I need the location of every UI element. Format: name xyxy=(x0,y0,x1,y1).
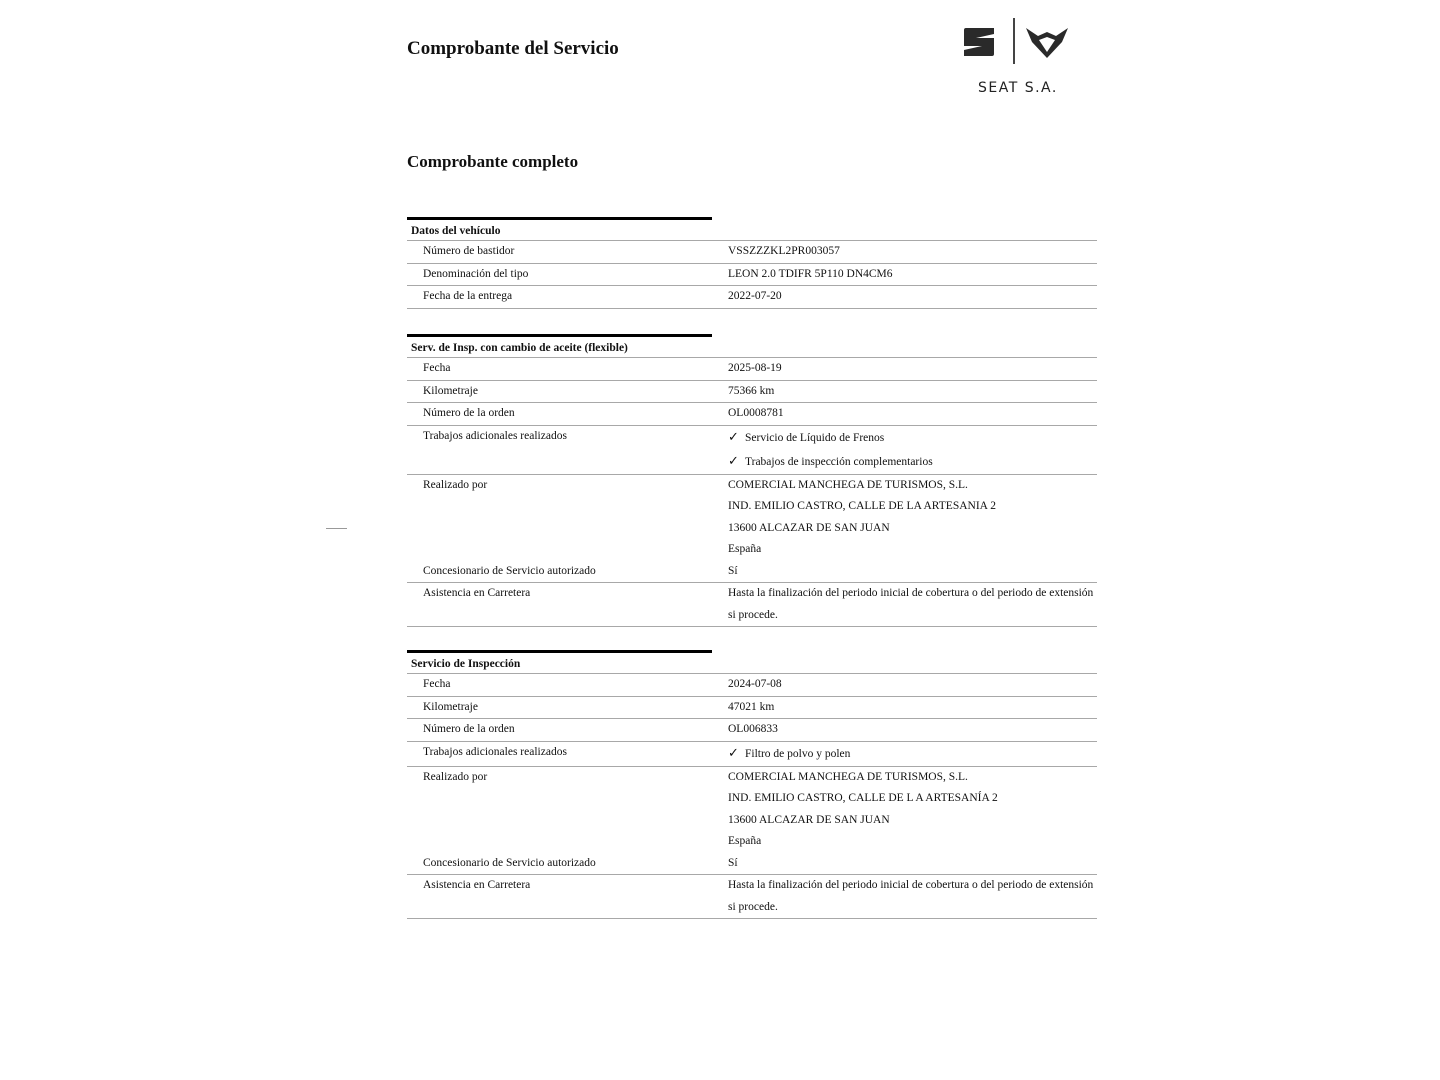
row-label: Trabajos adicionales realizados xyxy=(407,426,712,474)
row-value: VSSZZZKL2PR003057 xyxy=(712,241,1097,263)
service-section-2: Servicio de Inspección Fecha 2024-07-08 … xyxy=(407,650,1097,919)
table-row: Concesionario de Servicio autorizado Sí xyxy=(407,853,1097,876)
row-label: Asistencia en Carretera xyxy=(407,583,712,626)
dealer-country: España xyxy=(728,831,1097,853)
row-value: COMERCIAL MANCHEGA DE TURISMOS, S.L. IND… xyxy=(712,767,1097,853)
row-value: 2025-08-19 xyxy=(712,358,1097,380)
table-row: Asistencia en Carretera Hasta la finaliz… xyxy=(407,583,1097,627)
work-item: Servicio de Líquido de Frenos xyxy=(745,432,884,444)
table-row: Realizado por COMERCIAL MANCHEGA DE TURI… xyxy=(407,475,1097,561)
dealer-name: COMERCIAL MANCHEGA DE TURISMOS, S.L. xyxy=(728,767,1097,789)
logo-separator xyxy=(1013,18,1015,64)
assistance-text: si procede. xyxy=(728,897,1097,919)
section-heading: Serv. de Insp. con cambio de aceite (fle… xyxy=(407,337,1097,358)
row-label: Denominación del tipo xyxy=(407,264,712,286)
row-value: COMERCIAL MANCHEGA DE TURISMOS, S.L. IND… xyxy=(712,475,1097,561)
margin-mark xyxy=(326,528,347,529)
row-label: Fecha de la entrega xyxy=(407,286,712,308)
dealer-address: IND. EMILIO CASTRO, CALLE DE LA ARTESANI… xyxy=(728,496,1097,518)
dealer-city: 13600 ALCAZAR DE SAN JUAN xyxy=(728,810,1097,832)
check-item: ✓Servicio de Líquido de Frenos xyxy=(728,426,1097,450)
row-value: Sí xyxy=(712,561,1097,583)
row-label: Kilometraje xyxy=(407,381,712,403)
table-row: Fecha de la entrega 2022-07-20 xyxy=(407,286,1097,309)
row-label: Concesionario de Servicio autorizado xyxy=(407,853,712,875)
row-value: 2022-07-20 xyxy=(712,286,1097,308)
dealer-city: 13600 ALCAZAR DE SAN JUAN xyxy=(728,518,1097,540)
row-value: 75366 km xyxy=(712,381,1097,403)
table-row: Fecha 2025-08-19 xyxy=(407,358,1097,381)
row-value: ✓Filtro de polvo y polen xyxy=(712,742,1097,766)
row-label: Número de la orden xyxy=(407,403,712,425)
table-row: Realizado por COMERCIAL MANCHEGA DE TURI… xyxy=(407,767,1097,853)
row-value: 2024-07-08 xyxy=(712,674,1097,696)
table-row: Trabajos adicionales realizados ✓Servici… xyxy=(407,426,1097,475)
table-row: Fecha 2024-07-08 xyxy=(407,674,1097,697)
table-row: Número de la orden OL006833 xyxy=(407,719,1097,742)
row-label: Trabajos adicionales realizados xyxy=(407,742,712,766)
work-item: Filtro de polvo y polen xyxy=(745,748,850,760)
table-row: Denominación del tipo LEON 2.0 TDIFR 5P1… xyxy=(407,264,1097,287)
assistance-text: Hasta la finalización del periodo inicia… xyxy=(728,875,1097,897)
seat-logo-icon xyxy=(962,28,996,56)
work-item: Trabajos de inspección complementarios xyxy=(745,456,933,468)
table-row: Número de bastidor VSSZZZKL2PR003057 xyxy=(407,241,1097,264)
dealer-country: España xyxy=(728,539,1097,561)
row-label: Realizado por xyxy=(407,767,712,853)
service-section-1: Serv. de Insp. con cambio de aceite (fle… xyxy=(407,334,1097,627)
row-value: OL0008781 xyxy=(712,403,1097,425)
brand-name: SEAT S.A. xyxy=(978,80,1058,96)
row-label: Número de la orden xyxy=(407,719,712,741)
row-value: OL006833 xyxy=(712,719,1097,741)
row-value: Sí xyxy=(712,853,1097,875)
row-label: Kilometraje xyxy=(407,697,712,719)
row-value: LEON 2.0 TDIFR 5P110 DN4CM6 xyxy=(712,264,1097,286)
row-label: Fecha xyxy=(407,358,712,380)
section-heading: Datos del vehículo xyxy=(407,220,1097,241)
row-value: ✓Servicio de Líquido de Frenos ✓Trabajos… xyxy=(712,426,1097,474)
row-value: 47021 km xyxy=(712,697,1097,719)
table-row: Concesionario de Servicio autorizado Sí xyxy=(407,561,1097,584)
check-item: ✓Filtro de polvo y polen xyxy=(728,742,1097,766)
dealer-address: IND. EMILIO CASTRO, CALLE DE L A ARTESAN… xyxy=(728,788,1097,810)
row-label: Número de bastidor xyxy=(407,241,712,263)
table-row: Trabajos adicionales realizados ✓Filtro … xyxy=(407,742,1097,767)
assistance-text: Hasta la finalización del periodo inicia… xyxy=(728,583,1097,605)
assistance-text: si procede. xyxy=(728,605,1097,627)
check-item: ✓Trabajos de inspección complementarios xyxy=(728,450,1097,474)
table-row: Asistencia en Carretera Hasta la finaliz… xyxy=(407,875,1097,919)
row-label: Asistencia en Carretera xyxy=(407,875,712,918)
checkmark-icon: ✓ xyxy=(728,450,740,473)
row-label: Fecha xyxy=(407,674,712,696)
page-title: Comprobante del Servicio xyxy=(407,38,619,60)
brand-logo-block: SEAT S.A. xyxy=(958,18,1070,98)
cupra-logo-icon xyxy=(1026,26,1068,60)
dealer-name: COMERCIAL MANCHEGA DE TURISMOS, S.L. xyxy=(728,475,1097,497)
table-row: Número de la orden OL0008781 xyxy=(407,403,1097,426)
row-value: Hasta la finalización del periodo inicia… xyxy=(712,583,1097,626)
vehicle-section: Datos del vehículo Número de bastidor VS… xyxy=(407,217,1097,309)
row-label: Concesionario de Servicio autorizado xyxy=(407,561,712,583)
subtitle: Comprobante completo xyxy=(407,152,578,172)
table-row: Kilometraje 75366 km xyxy=(407,381,1097,404)
row-label: Realizado por xyxy=(407,475,712,561)
checkmark-icon: ✓ xyxy=(728,742,740,765)
row-value: Hasta la finalización del periodo inicia… xyxy=(712,875,1097,918)
checkmark-icon: ✓ xyxy=(728,426,740,449)
section-heading: Servicio de Inspección xyxy=(407,653,1097,674)
table-row: Kilometraje 47021 km xyxy=(407,697,1097,720)
